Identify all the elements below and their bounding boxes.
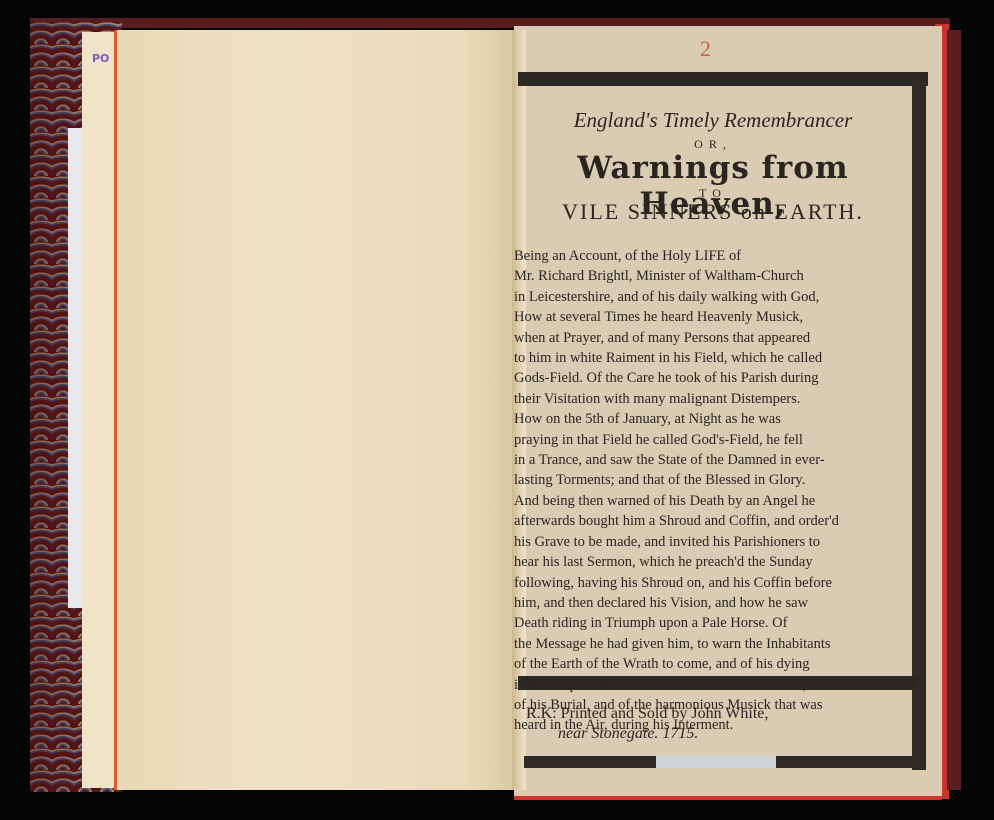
body-line: their Visitation with many malignant Dis… (514, 389, 916, 409)
body-line: Gods-Field. Of the Care he took of his P… (514, 368, 916, 388)
body-line: following, having his Shroud on, and his… (514, 573, 916, 593)
body-line: in Leicestershire, and of his daily walk… (514, 287, 916, 307)
imprint-line-2: near Stonegate. 1715. (526, 724, 928, 744)
title-line-3: VILE SINNERS on EARTH. (512, 199, 914, 225)
body-line: Being an Account, of the Holy LIFE of (514, 246, 916, 266)
body-line: of the Earth of the Wrath to come, and o… (514, 654, 916, 674)
body-line: the Message he had given him, to warn th… (514, 634, 916, 654)
title-page-body: Being an Account, of the Holy LIFE of Mr… (512, 246, 916, 736)
blank-left-page (114, 30, 525, 790)
repair-tape (656, 756, 776, 768)
body-line: his Grave to be made, and invited his Pa… (514, 532, 916, 552)
body-line: afterwards bought him a Shroud and Coffi… (514, 511, 916, 531)
imprint-line-1: R.K: Printed and Sold by John White, (526, 704, 928, 724)
body-line: hear his last Sermon, which he preach'd … (514, 552, 916, 572)
title-line-1: England's Timely Remembrancer (512, 108, 914, 133)
body-line: praying in that Field he called God's-Fi… (514, 430, 916, 450)
body-line: to him in white Raiment in his Field, wh… (514, 348, 916, 368)
pencil-mark: 2 (700, 36, 711, 62)
body-line: lasting Torments; and that of the Blesse… (514, 470, 916, 490)
body-line: Death riding in Triumph upon a Pale Hors… (514, 613, 916, 633)
body-line: How at several Times he heard Heavenly M… (514, 307, 916, 327)
body-line: when at Prayer, and of many Persons that… (514, 328, 916, 348)
paper-label-strip (68, 128, 82, 608)
body-line: And being then warned of his Death by an… (514, 491, 916, 511)
open-book: PO 2 England's Timely Remembrancer OR, W… (0, 0, 994, 820)
marbled-cover-right (947, 30, 961, 790)
printed-border-top (518, 72, 928, 86)
imprint: R.K: Printed and Sold by John White, nea… (526, 704, 928, 744)
body-line: How on the 5th of January, at Night as h… (514, 409, 916, 429)
body-line: Mr. Richard Brightl, Minister of Waltham… (514, 266, 916, 286)
body-line: in the Pulpit when he had deliver'd the … (514, 675, 916, 695)
body-line: him, and then declared his Vision, and h… (514, 593, 916, 613)
body-line: in a Trance, and saw the State of the Da… (514, 450, 916, 470)
library-stamp: PO (92, 52, 109, 65)
